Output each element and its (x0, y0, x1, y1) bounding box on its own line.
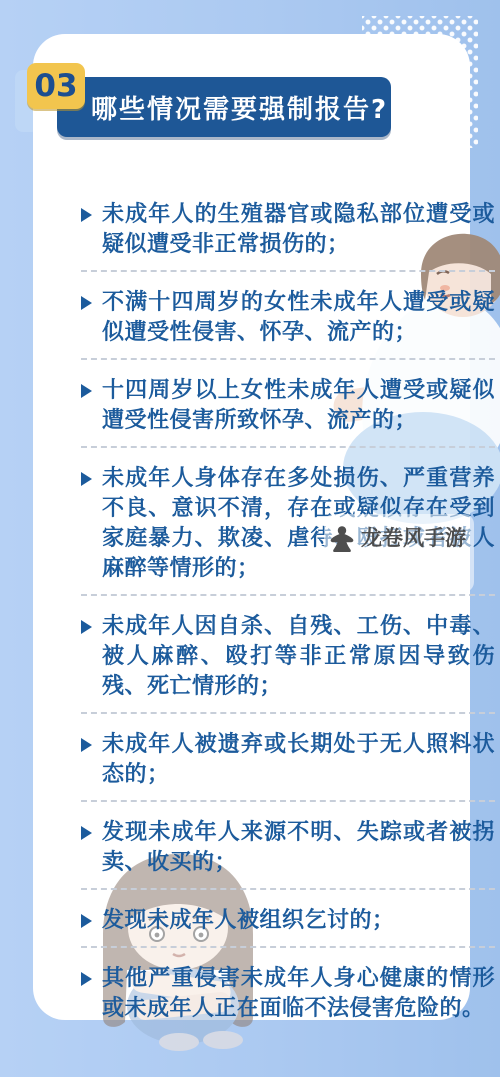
section-title: 哪些情况需要强制报告? (91, 89, 388, 126)
triangle-bullet-icon (81, 738, 92, 752)
triangle-bullet-icon (81, 208, 92, 222)
list-item-text: 不满十四周岁的女性未成年人遭受或疑似遭受性侵害、怀孕、流产的； (102, 288, 495, 348)
list-item: 不满十四周岁的女性未成年人遭受或疑似遭受性侵害、怀孕、流产的； (81, 288, 495, 348)
poster-background: 未成年人的生殖器官或隐私部位遭受或疑似遭受非正常损伤的； 不满十四周岁的女性未成… (0, 0, 500, 1077)
section-number-badge: 03 (27, 63, 85, 109)
list-item-text: 其他严重侵害未成年人身心健康的情形或未成年人正在面临不法侵害危险的。 (102, 964, 495, 1024)
dashed-divider (81, 358, 495, 360)
triangle-bullet-icon (81, 620, 92, 634)
list-item-text: 未成年人的生殖器官或隐私部位遭受或疑似遭受非正常损伤的； (102, 200, 495, 260)
dashed-divider (81, 594, 495, 596)
triangle-bullet-icon (81, 296, 92, 310)
report-list: 未成年人的生殖器官或隐私部位遭受或疑似遭受非正常损伤的； 不满十四周岁的女性未成… (81, 200, 495, 1024)
dashed-divider (81, 888, 495, 890)
list-item-text: 发现未成年人被组织乞讨的； (102, 906, 395, 936)
dashed-divider (81, 270, 495, 272)
dashed-divider (81, 946, 495, 948)
list-item-text: 发现未成年人来源不明、失踪或者被拐卖、收买的； (102, 818, 495, 878)
triangle-bullet-icon (81, 972, 92, 986)
dashed-divider (81, 446, 495, 448)
list-item: 其他严重侵害未成年人身心健康的情形或未成年人正在面临不法侵害危险的。 (81, 964, 495, 1024)
triangle-bullet-icon (81, 914, 92, 928)
list-item-text: 未成年人被遗弃或长期处于无人照料状态的； (102, 730, 495, 790)
dashed-divider (81, 712, 495, 714)
list-item: 十四周岁以上女性未成年人遭受或疑似遭受性侵害所致怀孕、流产的； (81, 376, 495, 436)
triangle-bullet-icon (81, 826, 92, 840)
list-item: 未成年人被遗弃或长期处于无人照料状态的； (81, 730, 495, 790)
triangle-bullet-icon (81, 384, 92, 398)
meeple-icon (328, 524, 356, 552)
list-item: 发现未成年人被组织乞讨的； (81, 906, 495, 936)
list-item-text: 十四周岁以上女性未成年人遭受或疑似遭受性侵害所致怀孕、流产的； (102, 376, 495, 436)
watermark: 龙卷风手游 (324, 514, 474, 592)
dashed-divider (81, 800, 495, 802)
watermark-label: 龙卷风手游 (361, 522, 466, 552)
list-item: 未成年人的生殖器官或隐私部位遭受或疑似遭受非正常损伤的； (81, 200, 495, 260)
list-item: 发现未成年人来源不明、失踪或者被拐卖、收买的； (81, 818, 495, 878)
triangle-bullet-icon (81, 472, 92, 486)
section-number: 03 (34, 68, 77, 104)
section-header: 哪些情况需要强制报告? (57, 77, 391, 137)
list-item: 未成年人因自杀、自残、工伤、中毒、被人麻醉、殴打等非正常原因导致伤残、死亡情形的… (81, 612, 495, 702)
list-item-text: 未成年人因自杀、自残、工伤、中毒、被人麻醉、殴打等非正常原因导致伤残、死亡情形的… (102, 612, 495, 702)
